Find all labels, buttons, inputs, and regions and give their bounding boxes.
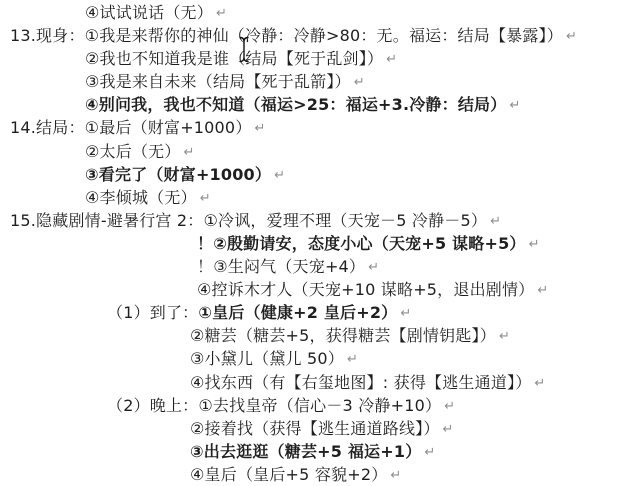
text-segment: ！②殷勤请安，态度小心（天宠+5 谋略+5）: [197, 234, 526, 253]
text-segment: ③出去逛逛（糖芸+5 福运+1）: [190, 442, 421, 461]
paragraph-mark-icon: ↵: [444, 399, 455, 414]
paragraph-mark-icon: ↵: [390, 468, 401, 483]
text-segment: （2）晚上：: [107, 396, 198, 415]
text-line[interactable]: 13.现身：①我是来帮你的神仙（冷静：冷静>80：无。福运：结局【暴露】）↵: [0, 24, 622, 47]
paragraph-mark-icon: ↵: [534, 376, 545, 391]
document-page[interactable]: ④试试说话（无）↵13.现身：①我是来帮你的神仙（冷静：冷静>80：无。福运：结…: [0, 0, 622, 486]
text-segment: ①去找皇帝（信心－3 冷静+10）: [198, 396, 441, 415]
text-segment: ③看完了（财富+1000）: [85, 165, 271, 184]
text-line[interactable]: ③出去逛逛（糖芸+5 福运+1）↵: [0, 440, 622, 463]
text-line[interactable]: ②太后（无）↵: [0, 140, 622, 163]
text-segment: ③我是来自未来（结局【死于乱箭】）: [85, 72, 351, 91]
paragraph-mark-icon: ↵: [386, 52, 397, 67]
text-segment: 13.现身：①我是来帮你的神仙（冷静：冷静>80：无。福运：结局【暴露】）: [10, 26, 563, 45]
paragraph-mark-icon: ↵: [490, 214, 501, 229]
paragraph-mark-icon: ↵: [255, 121, 266, 136]
text-line[interactable]: ②接着找（获得【逃生通道路线】）↵: [0, 417, 622, 440]
paragraph-mark-icon: ↵: [368, 260, 379, 275]
text-segment: ④别问我，我也不知道（福运>25：福运+3.冷静：结局）: [85, 95, 506, 114]
text-line[interactable]: 15.隐藏剧情-避暑行宫 2：①冷讽，爱理不理（天宠－5 冷静－5）↵: [0, 209, 622, 232]
text-segment: ④试试说话（无）: [85, 3, 213, 22]
text-line[interactable]: ！③生闷气（天宠+4）↵: [0, 255, 622, 278]
text-segment: ④李倾城（无）: [85, 188, 197, 207]
paragraph-mark-icon: ↵: [499, 329, 510, 344]
text-line[interactable]: ②我也不知道我是谁（结局【死于乱剑】）↵: [0, 47, 622, 70]
document-text: ④试试说话（无）↵13.现身：①我是来帮你的神仙（冷静：冷静>80：无。福运：结…: [0, 1, 622, 486]
paragraph-mark-icon: ↵: [216, 6, 227, 21]
text-segment: ②太后（无）: [85, 142, 181, 161]
text-segment: ①皇后（健康+2 皇后+2）: [198, 303, 397, 322]
text-segment: ③小黛儿（黛儿 50）: [190, 349, 344, 368]
paragraph-mark-icon: ↵: [184, 145, 195, 160]
text-line[interactable]: ！②殷勤请安，态度小心（天宠+5 谋略+5）↵: [0, 232, 622, 255]
paragraph-mark-icon: ↵: [566, 29, 577, 44]
text-line[interactable]: ④控诉木才人（天宠+10 谋略+5，退出剧情）↵: [0, 278, 622, 301]
text-segment: ④皇后（皇后+5 容貌+2）: [190, 465, 387, 484]
text-line[interactable]: （2）晚上：①去找皇帝（信心－3 冷静+10）↵: [0, 394, 622, 417]
text-segment: ！③生闷气（天宠+4）: [197, 257, 365, 276]
text-line[interactable]: ②糖芸（糖芸+5，获得糖芸【剧情钥匙】）↵: [0, 324, 622, 347]
text-segment: ②接着找（获得【逃生通道路线】）: [190, 419, 440, 438]
paragraph-mark-icon: ↵: [400, 306, 411, 321]
paragraph-mark-icon: ↵: [537, 283, 548, 298]
text-segment: ④找东西（有【右玺地图】: 获得【逃生通道】）: [190, 373, 531, 392]
text-line[interactable]: ③小黛儿（黛儿 50）↵: [0, 347, 622, 370]
paragraph-mark-icon: ↵: [347, 352, 358, 367]
paragraph-mark-icon: ↵: [509, 98, 520, 113]
text-segment: （1）到了：: [107, 303, 198, 322]
text-line[interactable]: ④李倾城（无）↵: [0, 186, 622, 209]
text-line[interactable]: 14.结局：①最后（财富+1000）↵: [0, 116, 622, 139]
paragraph-mark-icon: ↵: [200, 191, 211, 206]
text-segment: ②我也不知道我是谁（结局【死于乱剑】）: [85, 49, 383, 68]
paragraph-mark-icon: ↵: [529, 237, 540, 252]
paragraph-mark-icon: ↵: [443, 422, 454, 437]
paragraph-mark-icon: ↵: [424, 445, 435, 460]
paragraph-mark-icon: ↵: [354, 75, 365, 90]
text-segment: 14.结局：①最后（财富+1000）: [10, 118, 252, 137]
paragraph-mark-icon: ↵: [274, 168, 285, 183]
text-line[interactable]: ④别问我，我也不知道（福运>25：福运+3.冷静：结局）↵: [0, 93, 622, 116]
text-segment: ②糖芸（糖芸+5，获得糖芸【剧情钥匙】）: [190, 326, 496, 345]
text-segment: 15.隐藏剧情-避暑行宫 2：①冷讽，爱理不理（天宠－5 冷静－5）: [10, 211, 487, 230]
text-segment: ④控诉木才人（天宠+10 谋略+5，退出剧情）: [197, 280, 534, 299]
text-line[interactable]: ④试试说话（无）↵: [0, 1, 622, 24]
text-line[interactable]: （1）到了：①皇后（健康+2 皇后+2）↵: [0, 301, 622, 324]
text-line[interactable]: ④皇后（皇后+5 容貌+2）↵: [0, 463, 622, 486]
text-line[interactable]: ③看完了（财富+1000）↵: [0, 163, 622, 186]
text-line[interactable]: ④找东西（有【右玺地图】: 获得【逃生通道】）↵: [0, 371, 622, 394]
text-line[interactable]: ③我是来自未来（结局【死于乱箭】）↵: [0, 70, 622, 93]
